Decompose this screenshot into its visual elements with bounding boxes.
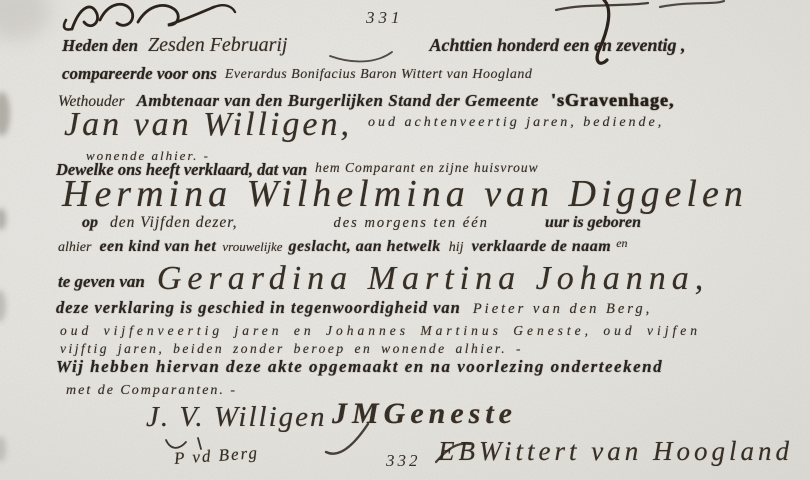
birth-hour-entry: des morgens ten één (333, 215, 488, 232)
act-line-closing: Wij hebben hiervan deze akte opgemaakt e… (56, 357, 663, 377)
signature-declarant: J. V. Willigen (146, 401, 327, 434)
printed-form-text: te geven van (58, 272, 145, 292)
act-line-child-name: te geven van Gerardina Martina Johanna, (58, 258, 709, 296)
printed-form-text: verklaarde de naam (472, 238, 612, 256)
entry-year: Achttien honderd een en zeventig , (429, 35, 685, 56)
printed-form-text: deze verklaring is geschied in tegenwoor… (56, 298, 461, 318)
act-line-witnesses-1: deze verklaring is geschied in tegenwoor… (56, 298, 652, 318)
printed-form-text: een kind van het (99, 238, 216, 256)
printed-form-text: uur is geboren (545, 214, 641, 232)
printed-form-text: Heden den (62, 36, 138, 56)
birthplace-entry: alhier (58, 240, 91, 256)
registrar-name: Everardus Bonifacius Baron Wittert van H… (225, 67, 533, 83)
child-sex-entry: vrouwelijke (222, 239, 282, 255)
declarant-pronoun-entry: hij (449, 240, 464, 256)
scan-blotch (0, 290, 6, 322)
declarant-name: Jan van Willigen, (64, 106, 352, 144)
signature-witness-berg: P vd Berg (173, 443, 259, 469)
child-name: Gerardina Martina Johanna, (157, 260, 709, 298)
entry-day-month: Zesden Februarij (148, 34, 287, 57)
printed-form-text: geslacht, aan hetwelk (289, 238, 441, 256)
signature-registrar: EBWittert van Hoogland (438, 436, 793, 467)
witness-details-cont: vijftig jaren, beiden zonder beroep en w… (60, 341, 523, 357)
printed-form-text: op (82, 214, 98, 232)
scan-blotch (0, 208, 6, 230)
act-line-witnesses-3: vijftig jaren, beiden zonder beroep en w… (60, 340, 523, 358)
act-line-comparanten: met de Comparanten. - (66, 381, 237, 399)
act-line-mother-name: Hermina Wilhelmina van Diggelen (62, 172, 748, 216)
mother-name: Hermina Wilhelmina van Diggelen (62, 172, 748, 216)
birth-day-entry: den Vijfden dezer, (110, 214, 237, 232)
declarant-age-occupation: oud achtenveertig jaren, bediende, (368, 115, 664, 131)
scan-blotch (0, 0, 50, 40)
witness1-name: Pieter van den Berg, (473, 301, 652, 318)
witness-details: oud vijfenveertig jaren en Johannes Mart… (60, 323, 701, 339)
act-number-top: 331 (366, 8, 404, 28)
printed-form-text: Wij hebben hiervan deze akte opgemaakt e… (56, 357, 663, 377)
act-number-bottom: 332 (386, 451, 421, 471)
printed-form-text: compareerde voor ons (62, 64, 217, 84)
scan-blotch (0, 436, 6, 462)
name-suffix-entry: en (616, 236, 627, 251)
comparanten-entry: met de Comparanten. - (66, 383, 237, 399)
act-line-birth-time: op den Vijfden dezer, des morgens ten éé… (82, 214, 641, 232)
act-line-date: Heden den Zesden Februarij Achttien hond… (62, 34, 685, 57)
act-line-witnesses-2: oud vijfenveertig jaren en Johannes Mart… (60, 322, 701, 340)
act-line-declarant: Jan van Willigen, oud achtenveertig jare… (64, 106, 664, 144)
birth-certificate-scan: 331 Heden den Zesden Februarij Achttien … (0, 0, 810, 480)
act-line-registrar: compareerde voor ons Everardus Bonifaciu… (62, 64, 532, 84)
scan-blotch (0, 92, 10, 136)
act-line-child-sex: alhier een kind van het vrouwelijke gesl… (58, 238, 628, 256)
signature-witness-geneste: JMGeneste (332, 397, 517, 431)
